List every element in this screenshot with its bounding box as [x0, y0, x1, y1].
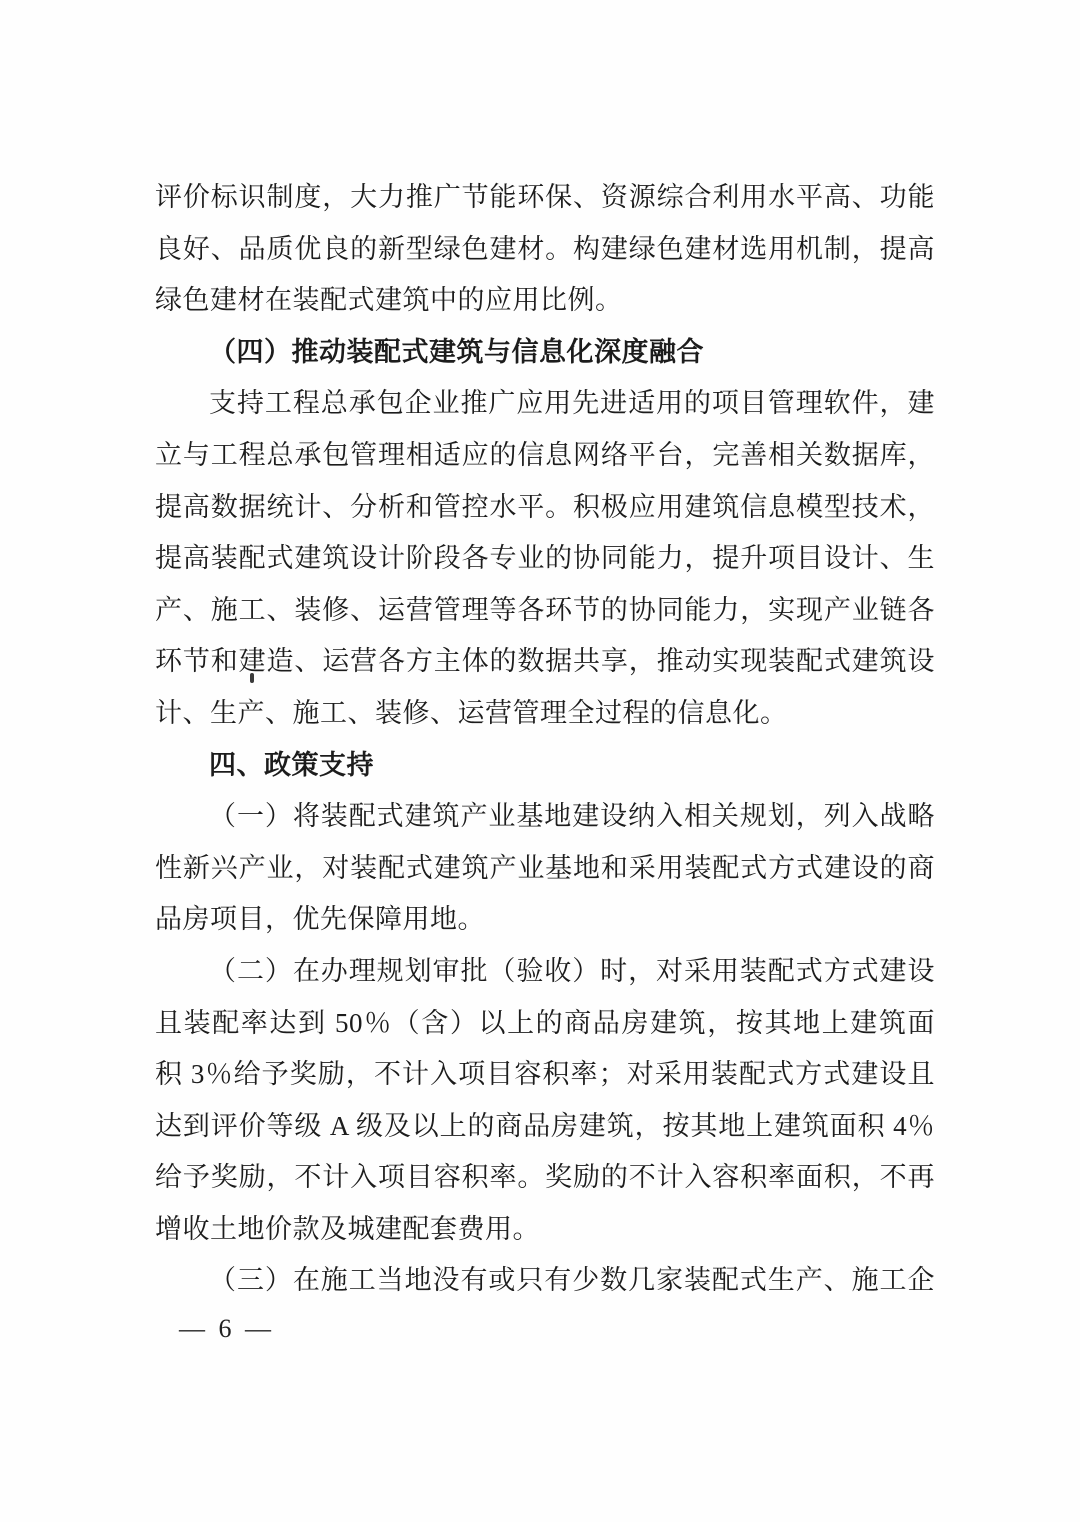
text-line: 品房项目，优先保障用地。 [155, 894, 935, 946]
section-heading: （四）推动装配式建筑与信息化深度融合 [155, 327, 935, 379]
text-line: 良好、品质优良的新型绿色建材。构建绿色建材选用机制，提高 [155, 224, 935, 276]
scanned-document-page: 评价标识制度，大力推广节能环保、资源综合利用水平高、功能 良好、品质优良的新型绿… [0, 0, 1080, 1522]
text-line: 计、生产、施工、装修、运营管理全过程的信息化。 [155, 688, 935, 740]
text-line: 提高装配式建筑设计阶段各专业的协同能力，提升项目设计、生 [155, 533, 935, 585]
text-line: 产、施工、装修、运营管理等各环节的协同能力，实现产业链各 [155, 585, 935, 637]
text-line: 性新兴产业，对装配式建筑产业基地和采用装配式方式建设的商 [155, 843, 935, 895]
text-line: 支持工程总承包企业推广应用先进适用的项目管理软件，建 [155, 378, 935, 430]
text-line: （三）在施工当地没有或只有少数几家装配式生产、施工企 [155, 1255, 935, 1307]
section-heading: 四、政策支持 [155, 740, 935, 792]
text-line: （一）将装配式建筑产业基地建设纳入相关规划，列入战略 [155, 791, 935, 843]
scan-artifact-speck [250, 673, 254, 683]
document-body: 评价标识制度，大力推广节能环保、资源综合利用水平高、功能 良好、品质优良的新型绿… [155, 172, 935, 1307]
text-line: 增收土地价款及城建配套费用。 [155, 1204, 935, 1256]
text-line: 评价标识制度，大力推广节能环保、资源综合利用水平高、功能 [155, 172, 935, 224]
text-line: 提高数据统计、分析和管控水平。积极应用建筑信息模型技术， [155, 482, 935, 534]
text-line: 且装配率达到 50％（含）以上的商品房建筑，按其地上建筑面 [155, 998, 935, 1050]
text-line: 给予奖励，不计入项目容积率。奖励的不计入容积率面积，不再 [155, 1152, 935, 1204]
text-line: 达到评价等级 A 级及以上的商品房建筑，按其地上建筑面积 4％ [155, 1101, 935, 1153]
text-line: 绿色建材在装配式建筑中的应用比例。 [155, 275, 935, 327]
text-line: 积 3％给予奖励，不计入项目容积率；对采用装配式方式建设且 [155, 1049, 935, 1101]
page-number: — 6 — [179, 1312, 271, 1346]
text-line: 立与工程总承包管理相适应的信息网络平台，完善相关数据库， [155, 430, 935, 482]
text-line: 环节和建造、运营各方主体的数据共享，推动实现装配式建筑设 [155, 636, 935, 688]
text-line: （二）在办理规划审批（验收）时，对采用装配式方式建设 [155, 946, 935, 998]
